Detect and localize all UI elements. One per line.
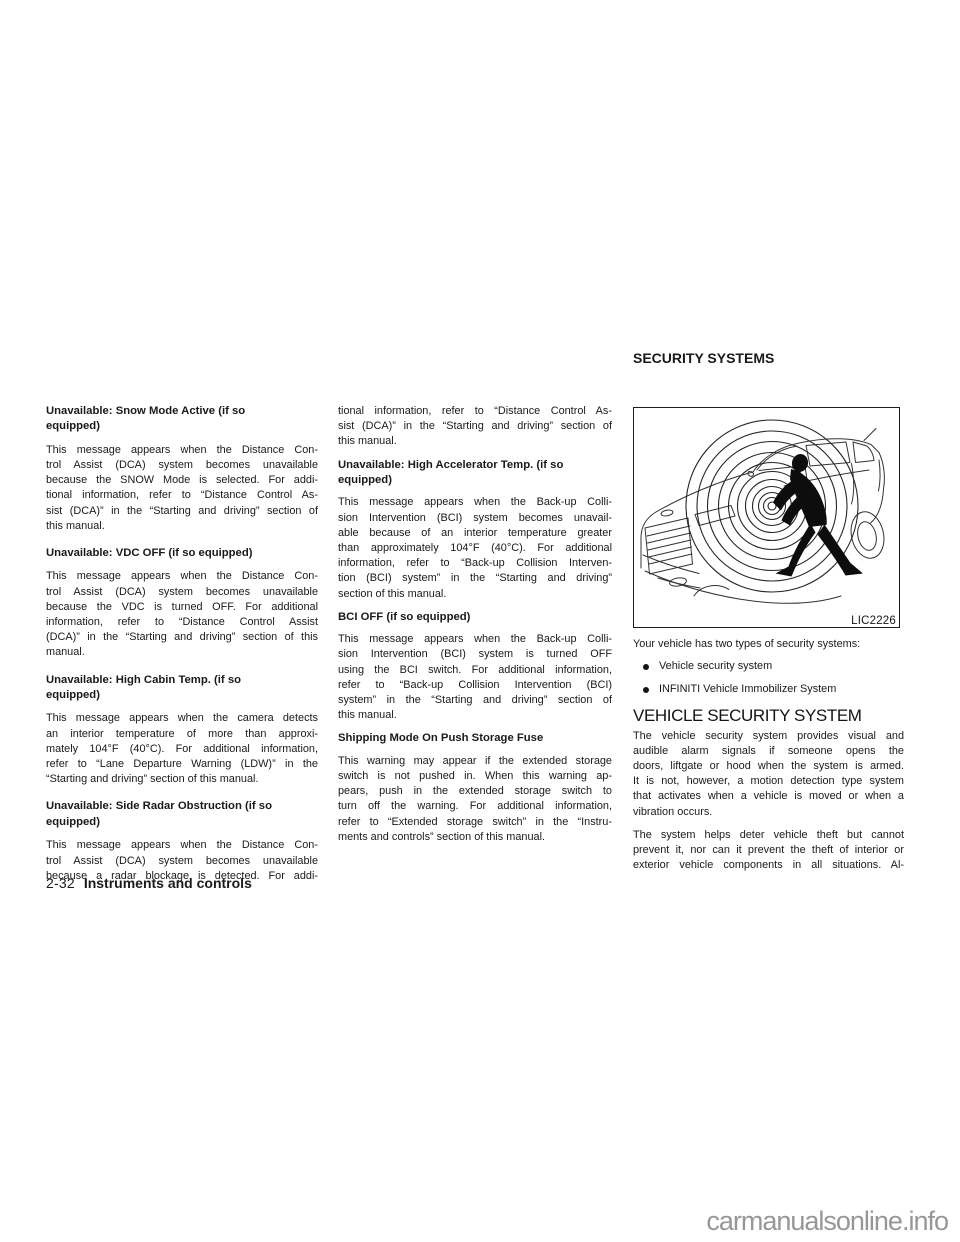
para-vss-deterrence: The system helps deter vehicle theft but…: [633, 828, 904, 874]
para-high-accelerator-temp: This message appears when the Back-up Co…: [338, 495, 612, 601]
chapter-title: Instruments and controls: [84, 874, 252, 892]
page-footer: 2-32 Instruments and controls: [46, 874, 252, 892]
heading-shipping-mode: Shipping Mode On Push Storage Fuse: [338, 731, 612, 746]
para-vdc-off: This message appears when the Distance C…: [46, 569, 318, 660]
para-high-cabin-temp: This message appears when the camera det…: [46, 711, 318, 787]
heading-high-accelerator-temp: Unavailable: High Accelerator Temp. (if …: [338, 458, 612, 489]
para-vss-description: The vehicle security system provides vis…: [633, 729, 904, 820]
alarm-wave-circles: [686, 420, 858, 592]
security-illustration-figure: LIC2226: [633, 407, 900, 628]
bullet-dot: [643, 664, 649, 670]
right-column: SECURITY SYSTEMS: [633, 350, 904, 881]
para-bci-off: This message appears when the Back-up Co…: [338, 632, 612, 723]
left-column: Unavailable: Snow Mode Active (if so equ…: [46, 404, 318, 892]
heading-high-cabin-temp: Unavailable: High Cabin Temp. (if so equ…: [46, 673, 318, 704]
para-side-radar-continued: tional information, refer to “Distance C…: [338, 404, 612, 450]
para-snow-mode: This message appears when the Distance C…: [46, 443, 318, 534]
car-line-art: [641, 429, 888, 604]
list-item-vehicle-security: Vehicle security system: [633, 659, 904, 674]
middle-column: tional information, refer to “Distance C…: [338, 404, 612, 852]
car-alarm-illustration: [634, 408, 899, 627]
figure-label: LIC2226: [851, 615, 896, 627]
security-intro-text: Your vehicle has two types of security s…: [633, 637, 904, 652]
site-watermark: carmanualsonline.info: [706, 1205, 948, 1237]
heading-snow-mode: Unavailable: Snow Mode Active (if so equ…: [46, 404, 318, 435]
bullet-dot: [643, 687, 649, 693]
list-item-immobilizer: INFINITI Vehicle Immobilizer System: [633, 682, 904, 697]
section-header-security-systems: SECURITY SYSTEMS: [633, 350, 904, 366]
list-item-label: Vehicle security system: [659, 659, 772, 674]
page-number: 2-32: [46, 874, 75, 892]
heading-vdc-off: Unavailable: VDC OFF (if so equipped): [46, 546, 318, 561]
heading-bci-off: BCI OFF (if so equipped): [338, 610, 612, 625]
list-item-label: INFINITI Vehicle Immobilizer System: [659, 682, 836, 697]
heading-side-radar: Unavailable: Side Radar Obstruction (if …: [46, 799, 318, 830]
heading-vehicle-security-system: VEHICLE SECURITY SYSTEM: [633, 706, 904, 726]
para-shipping-mode: This warning may appear if the extended …: [338, 754, 612, 845]
